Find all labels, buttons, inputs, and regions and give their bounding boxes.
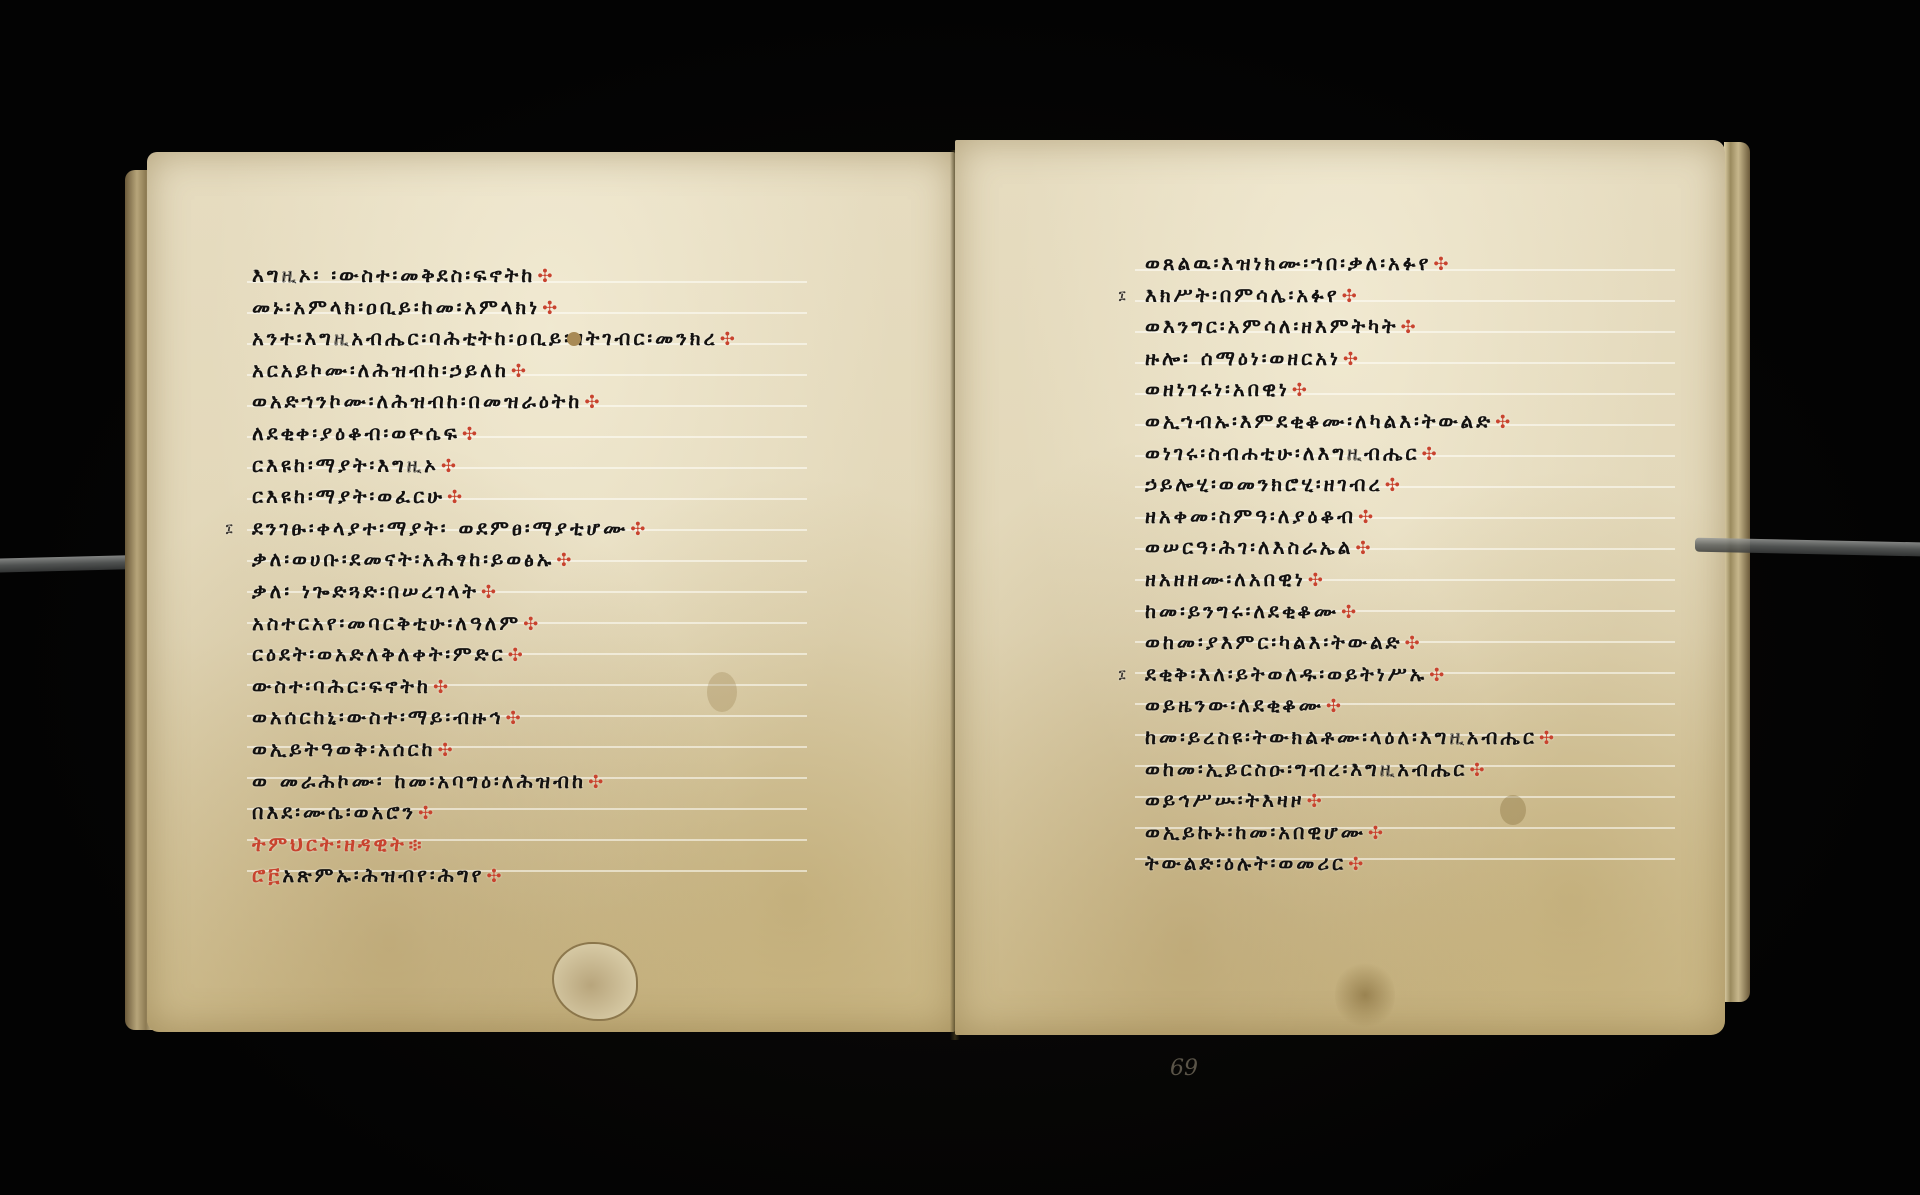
- line-text: ርእዩከ፡ማያት፡እግዚኦ: [252, 453, 439, 477]
- text-line: መኑ፡አምላክ፡ዐቢይ፡ከመ፡አምላክነ✣: [252, 292, 892, 324]
- line-text: ወኢይትዓወቅ፡አሰርከ: [252, 737, 436, 761]
- line-text: ውስተ፡ባሕር፡ፍኖትከ: [252, 674, 431, 698]
- verse-divider-icon: ✣: [433, 677, 451, 698]
- text-line: ወይኅሥሡ፡ትእዛዞ✣: [1145, 785, 1765, 817]
- text-line: ወኢይኩኑ፡ከመ፡አበዊሆሙ✣: [1145, 817, 1765, 849]
- line-text: ወከመ፡ያእምር፡ካልእ፡ትውልድ: [1145, 630, 1402, 654]
- line-text: ወከመ፡ኢይርስዑ፡ግብረ፡እግዚአብሔር: [1145, 757, 1467, 781]
- text-line: ኃይሎሂ፡ወመንክሮሂ፡ዘገብረ✣: [1145, 469, 1765, 501]
- verse-divider-icon: ✣: [1495, 412, 1513, 433]
- verse-divider-icon: ✣: [418, 803, 436, 824]
- text-line: ወአድኀንኮሙ፡ለሕዝብከ፡በመዝራዕትከ✣: [252, 386, 892, 418]
- line-text: ቃለ፡ ነጐድጓድ፡በሠረገላት: [252, 579, 479, 603]
- verse-divider-icon: ✣: [1404, 633, 1422, 654]
- verse-divider-icon: ✣: [1400, 317, 1418, 338]
- line-text: ወሠርዓ፡ሕገ፡ለእስራኤል: [1145, 535, 1353, 559]
- verse-divider-icon: ✣: [1341, 602, 1359, 623]
- open-manuscript: እግዚኦ፡ ፡ውስተ፡መቅደስ፡ፍኖትከ✣መኑ፡አምላክ፡ዐቢይ፡ከመ፡አምላክ…: [125, 130, 1750, 1050]
- line-text: አርአይኮሙ፡ለሕዝብከ፡ኃይለከ: [252, 358, 509, 382]
- text-line: ቃለ፡ወሀቡ፡ደመናት፡አሕፃከ፡ይወፅኡ✣: [252, 544, 892, 576]
- line-text: ትውልድ፡ዕሉት፡ወመሪር: [1145, 851, 1346, 875]
- verse-divider-icon: ✣: [438, 740, 456, 761]
- line-text: አጽምኡ፡ሕዝብየ፡ሕግየ: [282, 863, 484, 887]
- text-line: ወጸልዉ፡እዝነክሙ፡ኀበ፡ቃለ፡አፉየ✣: [1145, 248, 1765, 280]
- line-text: ደንገፁ፡ቀላያተ፡ማያት፡ ወደምፀ፡ማያቲሆሙ: [252, 516, 628, 540]
- verse-divider-icon: ✣: [511, 361, 529, 382]
- text-line: ዘአቀመ፡ስምዓ፡ለያዕቆብ✣: [1145, 501, 1765, 533]
- manuscript-photo: እግዚኦ፡ ፡ውስተ፡መቅደስ፡ፍኖትከ✣መኑ፡አምላክ፡ዐቢይ፡ከመ፡አምላክ…: [0, 0, 1920, 1195]
- verse-divider-icon: ✣: [523, 614, 541, 635]
- text-line: ውስተ፡ባሕር፡ፍኖትከ✣: [252, 671, 892, 703]
- text-line: ርእዩከ፡ማያት፡ወፈርሁ✣: [252, 481, 892, 513]
- verse-divider-icon: ✣: [441, 456, 459, 477]
- text-line: ወከመ፡ኢይርስዑ፡ግብረ፡እግዚአብሔር✣: [1145, 754, 1765, 786]
- line-text: አስተርአየ፡መባርቅቲሁ፡ለዓለም: [252, 611, 521, 635]
- verse-divider-icon: ✣: [1307, 791, 1325, 812]
- text-line: ወይዜንው፡ለደቂቆሙ✣: [1145, 690, 1765, 722]
- left-page: እግዚኦ፡ ፡ውስተ፡መቅደስ፡ፍኖትከ✣መኑ፡አምላክ፡ዐቢይ፡ከመ፡አምላክ…: [147, 152, 955, 1032]
- line-text: እክሥት፡በምሳሌ፡አፉየ: [1145, 283, 1340, 307]
- parchment-hole: [552, 942, 638, 1021]
- text-line: ወአሰርከኒ፡ውስተ፡ማይ፡ብዙኅ✣: [252, 702, 892, 734]
- verse-divider-icon: ✣: [506, 708, 524, 729]
- line-text: ርዕደት፡ወአድለቅለቀት፡ምድር: [252, 642, 506, 666]
- marginal-numeral: ፲: [1119, 659, 1125, 691]
- verse-divider-icon: ✣: [1342, 286, 1360, 307]
- verse-divider-icon: ✣: [1539, 728, 1557, 749]
- left-page-text: እግዚኦ፡ ፡ውስተ፡መቅደስ፡ፍኖትከ✣መኑ፡አምላክ፡ዐቢይ፡ከመ፡አምላክ…: [252, 260, 892, 892]
- line-text: አንተ፡እግዚአብሔር፡ባሕቲትከ፡ዐቢይ፡ዘትገብር፡መንክረ: [252, 326, 718, 350]
- text-line: ወኢይትዓወቅ፡አሰርከ✣: [252, 734, 892, 766]
- text-line: ሮ፫አጽምኡ፡ሕዝብየ፡ሕግየ✣: [252, 860, 892, 892]
- text-line: ለደቂቀ፡ያዕቆብ፡ወዮሴፍ✣: [252, 418, 892, 450]
- verse-divider-icon: ✣: [1358, 507, 1376, 528]
- marginal-numeral: ፲: [226, 513, 232, 545]
- verse-divider-icon: ✣: [537, 266, 555, 287]
- text-line: እግዚኦ፡ ፡ውስተ፡መቅደስ፡ፍኖትከ✣: [252, 260, 892, 292]
- stain: [1500, 795, 1526, 825]
- text-line: ዘአዘዘሙ፡ለአበዊነ✣: [1145, 564, 1765, 596]
- text-line: ከመ፡ይንግሩ፡ለደቂቆሙ✣: [1145, 596, 1765, 628]
- line-text: ወአድኀንኮሙ፡ለሕዝብከ፡በመዝራዕትከ: [252, 389, 582, 413]
- verse-divider-icon: ✣: [1326, 696, 1344, 717]
- line-text: ወኢይኩኑ፡ከመ፡አበዊሆሙ: [1145, 820, 1366, 844]
- text-line: ትምህርት፡ዘዳዊት፨: [252, 829, 892, 861]
- text-line: ርዕደት፡ወአድለቅለቀት፡ምድር✣: [252, 639, 892, 671]
- verse-divider-icon: ✣: [481, 582, 499, 603]
- verse-divider-icon: ✣: [1348, 854, 1366, 875]
- text-line: አርአይኮሙ፡ለሕዝብከ፡ኃይለከ✣: [252, 355, 892, 387]
- verse-divider-icon: ✣: [1355, 538, 1373, 559]
- line-text: መኑ፡አምላክ፡ዐቢይ፡ከመ፡አምላክነ: [252, 295, 540, 319]
- text-line: ወእንግር፡አምሳለ፡ዘእምትካት✣: [1145, 311, 1765, 343]
- stain: [707, 672, 737, 712]
- line-text: ወኢኀብኡ፡እምደቂቆሙ፡ለካልእ፡ትውልድ: [1145, 409, 1493, 433]
- line-text: እግዚኦ፡ ፡ውስተ፡መቅደስ፡ፍኖትከ: [252, 263, 535, 287]
- text-line: ወነገሩ፡ስብሐቲሁ፡ለእግዚብሔር✣: [1145, 438, 1765, 470]
- stain: [1335, 960, 1395, 1030]
- verse-divider-icon: ✣: [1429, 665, 1447, 686]
- line-text: ርእዩከ፡ማያት፡ወፈርሁ: [252, 484, 445, 508]
- text-line: ወ መራሕኮሙ፡ ከመ፡አባግዕ፡ለሕዝብከ✣: [252, 766, 892, 798]
- text-line: ወኢኀብኡ፡እምደቂቆሙ፡ለካልእ፡ትውልድ✣: [1145, 406, 1765, 438]
- text-line: ፲ደንገፁ፡ቀላያተ፡ማያት፡ ወደምፀ፡ማያቲሆሙ✣: [252, 513, 892, 545]
- text-line: በእደ፡ሙሴ፡ወአሮን✣: [252, 797, 892, 829]
- text-line: ዙሎ፡ ሰማዕነ፡ወዘርአነ✣: [1145, 343, 1765, 375]
- text-line: ፲ደቂቅ፡እለ፡ይትወለዱ፡ወይትነሥኡ✣: [1145, 659, 1765, 691]
- line-text: ወአሰርከኒ፡ውስተ፡ማይ፡ብዙኅ: [252, 705, 504, 729]
- verse-divider-icon: ✣: [1343, 349, 1361, 370]
- text-line: ከመ፡ይረስዩ፡ትውክልቶሙ፡ላዕለ፡እግዚአብሔር✣: [1145, 722, 1765, 754]
- line-text: ከመ፡ይረስዩ፡ትውክልቶሙ፡ላዕለ፡እግዚአብሔር: [1145, 725, 1537, 749]
- line-text: ደቂቅ፡እለ፡ይትወለዱ፡ወይትነሥኡ: [1145, 662, 1427, 686]
- verse-divider-icon: ✣: [1433, 254, 1451, 275]
- text-line: አስተርአየ፡መባርቅቲሁ፡ለዓለም✣: [252, 608, 892, 640]
- verse-divider-icon: ✣: [588, 772, 606, 793]
- line-text: ወ መራሕኮሙ፡ ከመ፡አባግዕ፡ለሕዝብከ: [252, 769, 586, 793]
- verse-divider-icon: ✣: [1385, 475, 1403, 496]
- text-line: ትውልድ፡ዕሉት፡ወመሪር✣: [1145, 848, 1765, 880]
- verse-divider-icon: ✣: [462, 424, 480, 445]
- line-text: ኃይሎሂ፡ወመንክሮሂ፡ዘገብረ: [1145, 472, 1383, 496]
- verse-divider-icon: ✣: [1292, 380, 1310, 401]
- verse-divider-icon: ✣: [1308, 570, 1326, 591]
- line-text: ዘአዘዘሙ፡ለአበዊነ: [1145, 567, 1306, 591]
- marginal-numeral: ፲: [1119, 280, 1125, 312]
- line-text: ወይኅሥሡ፡ትእዛዞ: [1145, 788, 1305, 812]
- text-line: ወሠርዓ፡ሕገ፡ለእስራኤል✣: [1145, 532, 1765, 564]
- text-line: ርእዩከ፡ማያት፡እግዚኦ✣: [252, 450, 892, 482]
- text-line: ፲እክሥት፡በምሳሌ፡አፉየ✣: [1145, 280, 1765, 312]
- verse-divider-icon: ✣: [508, 645, 526, 666]
- verse-divider-icon: ✣: [542, 298, 560, 319]
- line-text: ወነገሩ፡ስብሐቲሁ፡ለእግዚብሔር: [1145, 441, 1419, 465]
- line-text: ዙሎ፡ ሰማዕነ፡ወዘርአነ: [1145, 346, 1341, 370]
- folio-number: 69: [1170, 1056, 1198, 1081]
- line-text: ወጸልዉ፡እዝነክሙ፡ኀበ፡ቃለ፡አፉየ: [1145, 251, 1431, 275]
- text-line: ወከመ፡ያእምር፡ካልእ፡ትውልድ✣: [1145, 627, 1765, 659]
- right-page: ወጸልዉ፡እዝነክሙ፡ኀበ፡ቃለ፡አፉየ✣፲እክሥት፡በምሳሌ፡አፉየ✣ወእንግ…: [955, 140, 1725, 1035]
- line-text: ከመ፡ይንግሩ፡ለደቂቆሙ: [1145, 599, 1339, 623]
- line-text: ትምህርት፡ዘዳዊት: [252, 832, 407, 856]
- verse-divider-icon: ✣: [556, 550, 574, 571]
- verse-divider-icon: ✣: [630, 519, 648, 540]
- line-text: ቃለ፡ወሀቡ፡ደመናት፡አሕፃከ፡ይወፅኡ: [252, 547, 554, 571]
- right-page-text: ወጸልዉ፡እዝነክሙ፡ኀበ፡ቃለ፡አፉየ✣፲እክሥት፡በምሳሌ፡አፉየ✣ወእንግ…: [1145, 248, 1765, 880]
- verse-divider-icon: ✣: [1469, 760, 1487, 781]
- line-text: ለደቂቀ፡ያዕቆብ፡ወዮሴፍ: [252, 421, 460, 445]
- text-line: ወዘነገሩነ፡አበዊነ✣: [1145, 374, 1765, 406]
- line-text: ወዘነገሩነ፡አበዊነ: [1145, 377, 1290, 401]
- stain: [567, 332, 581, 346]
- verse-divider-icon: ✣: [447, 487, 465, 508]
- line-text: ዘአቀመ፡ስምዓ፡ለያዕቆብ: [1145, 504, 1356, 528]
- section-end-mark-icon: ፨: [409, 835, 425, 856]
- text-line: ቃለ፡ ነጐድጓድ፡በሠረገላት✣: [252, 576, 892, 608]
- verse-divider-icon: ✣: [486, 866, 504, 887]
- line-text: ወእንግር፡አምሳለ፡ዘእምትካት: [1145, 314, 1398, 338]
- line-text: በእደ፡ሙሴ፡ወአሮን: [252, 800, 416, 824]
- verse-divider-icon: ✣: [584, 392, 602, 413]
- line-text: ወይዜንው፡ለደቂቆሙ: [1145, 693, 1324, 717]
- verse-divider-icon: ✣: [1368, 823, 1386, 844]
- rubric-initial: ሮ፫: [252, 863, 282, 887]
- verse-divider-icon: ✣: [720, 329, 738, 350]
- verse-divider-icon: ✣: [1421, 444, 1439, 465]
